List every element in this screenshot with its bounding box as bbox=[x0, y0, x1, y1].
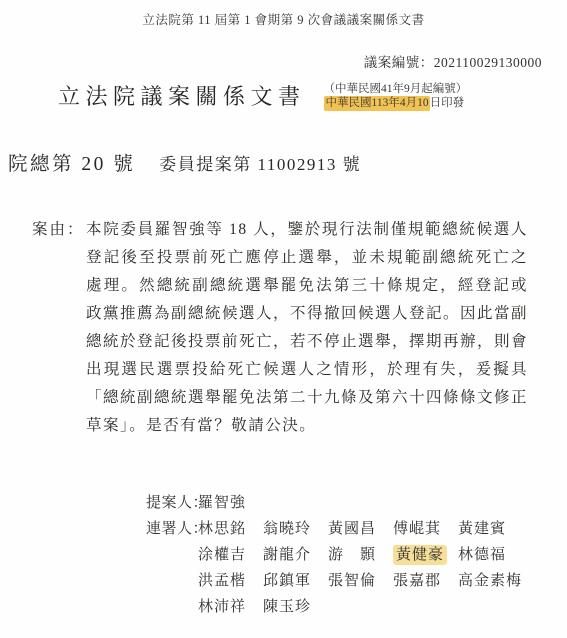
cosigner-name-text: 黃國昌 bbox=[328, 521, 376, 537]
cosigner-name: 林思銘 bbox=[198, 516, 263, 542]
member-proposal-number: 委員提案第 11002913 號 bbox=[159, 150, 361, 175]
case-text-line: 出現選民選票投給死亡候選人之情形，於理有失，爰擬具 bbox=[86, 356, 528, 384]
cosigner-name: 林德福 bbox=[458, 542, 523, 568]
case-text-line: 政黨推薦為副總統候選人，不得撤回候選人登記。因此當副 bbox=[86, 300, 528, 328]
proposer-row: 提案人： 羅智強 bbox=[146, 490, 523, 516]
cosigner-label: 連署人： bbox=[146, 516, 198, 620]
cosigner-name: 涂權吉 bbox=[198, 542, 263, 568]
print-date-line: 中華民國113年4月10日印發 bbox=[324, 96, 468, 110]
cosigner-name: 黃健豪 bbox=[393, 542, 458, 568]
cosigner-name-text: 林德福 bbox=[458, 547, 506, 563]
bill-number: 議案編號：202110029130000 bbox=[364, 51, 542, 71]
cosigner-name-text: 游 顥 bbox=[328, 547, 376, 563]
case-text-line: 草案」。是否有當？敬請公決。 bbox=[86, 412, 528, 440]
print-date-highlight: 中華民國113年4月10 bbox=[324, 96, 430, 111]
case-text-line: 「總統副總統選舉罷免法第二十九條及第六十四條條文修正 bbox=[86, 384, 528, 412]
case-text-line: 登記後至投票前死亡應停止選舉，並未規範副總統死亡之 bbox=[86, 244, 528, 272]
session-header: 立法院第 11 屆第 1 會期第 9 次會議議案關係文書 bbox=[0, 10, 567, 28]
cosigner-name: 林沛祥 bbox=[198, 594, 263, 620]
title-note: （中華民國41年9月起編號） 中華民國113年4月10日印發 bbox=[324, 82, 468, 110]
cosigner-name-text: 陳玉珍 bbox=[263, 599, 311, 615]
case-text: 本院委員羅智強等 18 人，鑒於現行法制僅規範總統候選人登記後至投票前死亡應停止… bbox=[86, 216, 528, 440]
document-page: 立法院第 11 屆第 1 會期第 9 次會議議案關係文書 議案編號：202110… bbox=[0, 0, 567, 638]
cosigner-name-text: 林思銘 bbox=[198, 521, 246, 537]
cosigner-name-text: 翁曉玲 bbox=[263, 521, 311, 537]
cosigner-name: 傅崐萁 bbox=[393, 516, 458, 542]
cosigner-name-text: 傅崐萁 bbox=[393, 521, 441, 537]
proposer-name: 羅智強 bbox=[198, 490, 246, 516]
highlighted-cosigner-name: 黃健豪 bbox=[393, 545, 447, 565]
title-row: 立法院議案關係文書 （中華民國41年9月起編號） 中華民國113年4月10日印發 bbox=[58, 80, 467, 111]
cosigners-row: 連署人： 林思銘翁曉玲黃國昌傅崐萁黃建賓涂權吉謝龍介游 顥黃健豪林德福洪孟楷邱鎮… bbox=[146, 516, 523, 620]
case-text-line: 處理。然總統副總統選舉罷免法第三十條規定，經登記或 bbox=[86, 272, 528, 300]
cosigner-name: 邱鎮軍 bbox=[263, 568, 328, 594]
case-text-line: 本院委員羅智強等 18 人，鑒於現行法制僅規範總統候選人 bbox=[86, 216, 528, 244]
cosigner-name-row: 涂權吉謝龍介游 顥黃健豪林德福 bbox=[198, 542, 523, 568]
cosigner-name-row: 洪孟楷邱鎮軍張智倫張嘉郡高金素梅 bbox=[198, 568, 523, 594]
cosigner-name: 黃建賓 bbox=[458, 516, 523, 542]
case-text-line: 總統於登記後投票前死亡，若不停止選舉，擇期再辦，則會 bbox=[86, 328, 528, 356]
cosigner-name: 謝龍介 bbox=[263, 542, 328, 568]
cosigner-name-text: 張嘉郡 bbox=[393, 573, 441, 589]
cosigner-name: 高金素梅 bbox=[458, 568, 523, 594]
cosigner-name: 張智倫 bbox=[328, 568, 393, 594]
cosigner-rows: 林思銘翁曉玲黃國昌傅崐萁黃建賓涂權吉謝龍介游 顥黃健豪林德福洪孟楷邱鎮軍張智倫張… bbox=[198, 516, 523, 620]
case-summary-label: 案由： bbox=[32, 216, 86, 244]
document-title: 立法院議案關係文書 bbox=[58, 80, 306, 111]
cosigner-name-text: 張智倫 bbox=[328, 573, 376, 589]
case-summary: 案由： 本院委員羅智強等 18 人，鑒於現行法制僅規範總統候選人登記後至投票前死… bbox=[32, 216, 528, 440]
cosigner-name-text: 邱鎮軍 bbox=[263, 573, 311, 589]
proposer-label: 提案人： bbox=[146, 490, 198, 516]
cosigner-name: 黃國昌 bbox=[328, 516, 393, 542]
print-date-rest: 日印發 bbox=[430, 97, 465, 109]
signers-section: 提案人： 羅智強 連署人： 林思銘翁曉玲黃國昌傅崐萁黃建賓涂權吉謝龍介游 顥黃健… bbox=[146, 490, 523, 620]
cosigner-name-text: 洪孟楷 bbox=[198, 573, 246, 589]
numbering-note: （中華民國41年9月起編號） bbox=[324, 82, 468, 96]
cosigner-name-text: 黃建賓 bbox=[458, 521, 506, 537]
cosigner-name-text: 謝龍介 bbox=[263, 547, 311, 563]
cosigner-name: 陳玉珍 bbox=[263, 594, 328, 620]
cosigner-name: 洪孟楷 bbox=[198, 568, 263, 594]
cosigner-name: 翁曉玲 bbox=[263, 516, 328, 542]
cosigner-name-text: 林沛祥 bbox=[198, 599, 246, 615]
cosigner-name: 張嘉郡 bbox=[393, 568, 458, 594]
case-numbers: 院總第 20 號 委員提案第 11002913 號 bbox=[8, 148, 361, 176]
cosigner-name-text: 高金素梅 bbox=[458, 573, 522, 589]
cosigner-name: 游 顥 bbox=[328, 542, 393, 568]
general-case-number: 院總第 20 號 bbox=[8, 148, 135, 176]
cosigner-name-row: 林沛祥陳玉珍 bbox=[198, 594, 523, 620]
cosigner-name-text: 涂權吉 bbox=[198, 547, 246, 563]
cosigner-name-row: 林思銘翁曉玲黃國昌傅崐萁黃建賓 bbox=[198, 516, 523, 542]
